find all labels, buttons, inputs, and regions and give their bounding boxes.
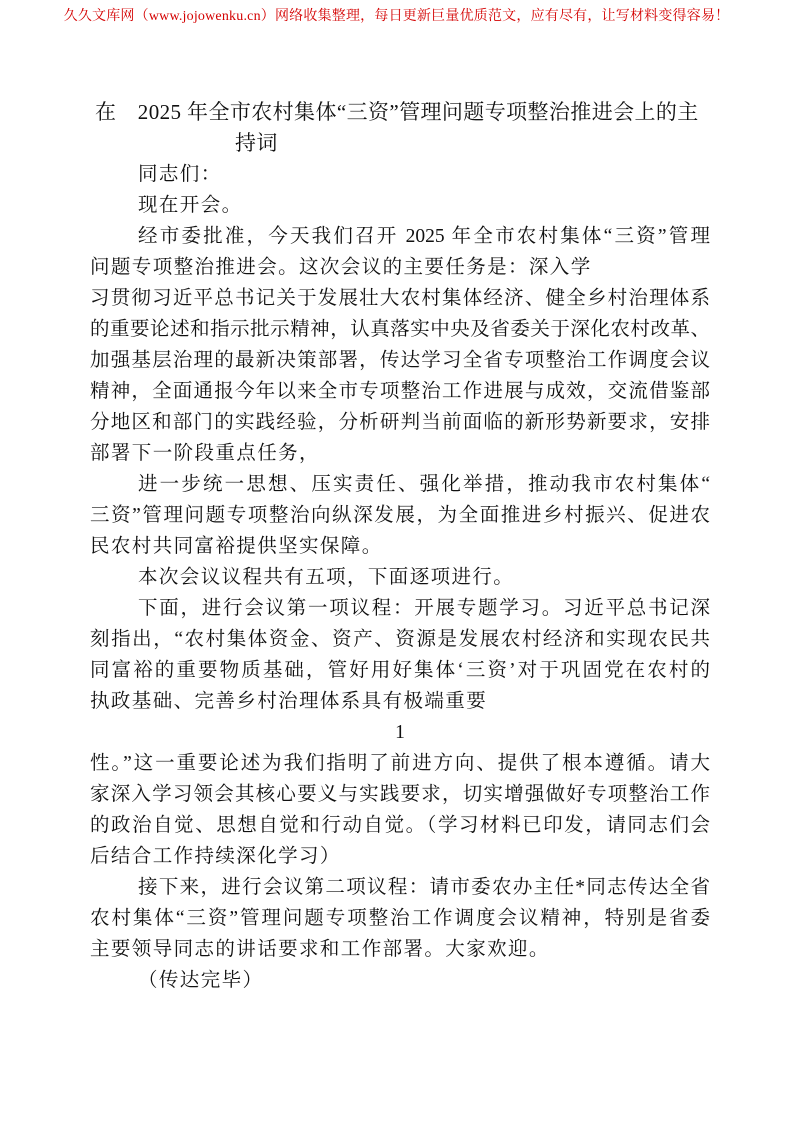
body-line: 问题专项整治推进会。这次会议的主要任务是：深入学 xyxy=(90,252,710,283)
document-title-line-1: 在 2025 年全市农村集体“三资”管理问题专项整治推进会上的主 xyxy=(95,97,710,128)
body-line: 习贯彻习近平总书记关于发展壮大农村集体经济、健全乡村治理体系 xyxy=(90,283,710,314)
body-line: 刻指出，“农村集体资金、资产、资源是发展农村经济和实现农民共 xyxy=(90,624,710,655)
body-line: 接下来，进行会议第二项议程：请市委农办主任*同志传达全省 xyxy=(90,872,710,903)
watermark-header: 久久文库网（www.jojowenku.cn）网络收集整理，每日更新巨量优质范文… xyxy=(0,7,793,27)
body-line: 执政基础、完善乡村治理体系具有极端重要 xyxy=(90,686,710,717)
body-line: 下面，进行会议第一项议程：开展专题学习。习近平总书记深 xyxy=(90,593,710,624)
body-line: 后结合工作持续深化学习） xyxy=(90,841,710,872)
body-line: 经市委批准，今天我们召开 2025 年全市农村集体“三资”管理 xyxy=(90,221,710,252)
body-line: 三资”管理问题专项整治向纵深发展，为全面推进乡村振兴、促进农 xyxy=(90,500,710,531)
body-line: 的重要论述和指示批示精神，认真落实中央及省委关于深化农村改革、 xyxy=(90,314,710,345)
body-line: 本次会议议程共有五项，下面逐项进行。 xyxy=(90,562,710,593)
body-line: 部署下一阶段重点任务， xyxy=(90,438,710,469)
body-line: 性。”这一重要论述为我们指明了前进方向、提供了根本遵循。请大 xyxy=(90,748,710,779)
body-line: （传达完毕） xyxy=(90,965,710,996)
body-line: 同富裕的重要物质基础，管好用好集体‘三资’对于巩固党在农村的 xyxy=(90,655,710,686)
body-line: 进一步统一思想、压实责任、强化举措，推动我市农村集体“ xyxy=(90,469,710,500)
document-content: 在 2025 年全市农村集体“三资”管理问题专项整治推进会上的主 持词 同志们：… xyxy=(90,97,710,996)
body-line: 家深入学习领会其核心要义与实践要求，切实增强做好专项整治工作 xyxy=(90,779,710,810)
body-line: 的政治自觉、思想自觉和行动自觉。（学习材料已印发，请同志们会 xyxy=(90,810,710,841)
document-page: 久久文库网（www.jojowenku.cn）网络收集整理，每日更新巨量优质范文… xyxy=(0,0,793,1122)
body-line: 加强基层治理的最新决策部署，传达学习全省专项整治工作调度会议 xyxy=(90,345,710,376)
body-line: 民农村共同富裕提供坚实保障。 xyxy=(90,531,710,562)
body-line: 分地区和部门的实践经验，分析研判当前面临的新形势新要求，安排 xyxy=(90,407,710,438)
body-line: 主要领导同志的讲话要求和工作部署。大家欢迎。 xyxy=(90,934,710,965)
body-line: 现在开会。 xyxy=(90,190,710,221)
page-number: 1 xyxy=(90,717,710,748)
body-line: 同志们： xyxy=(90,159,710,190)
body-line: 农村集体“三资”管理问题专项整治工作调度会议精神，特别是省委 xyxy=(90,903,710,934)
document-title-line-2: 持词 xyxy=(235,128,710,159)
body-line: 精神，全面通报今年以来全市专项整治工作进展与成效，交流借鉴部 xyxy=(90,376,710,407)
